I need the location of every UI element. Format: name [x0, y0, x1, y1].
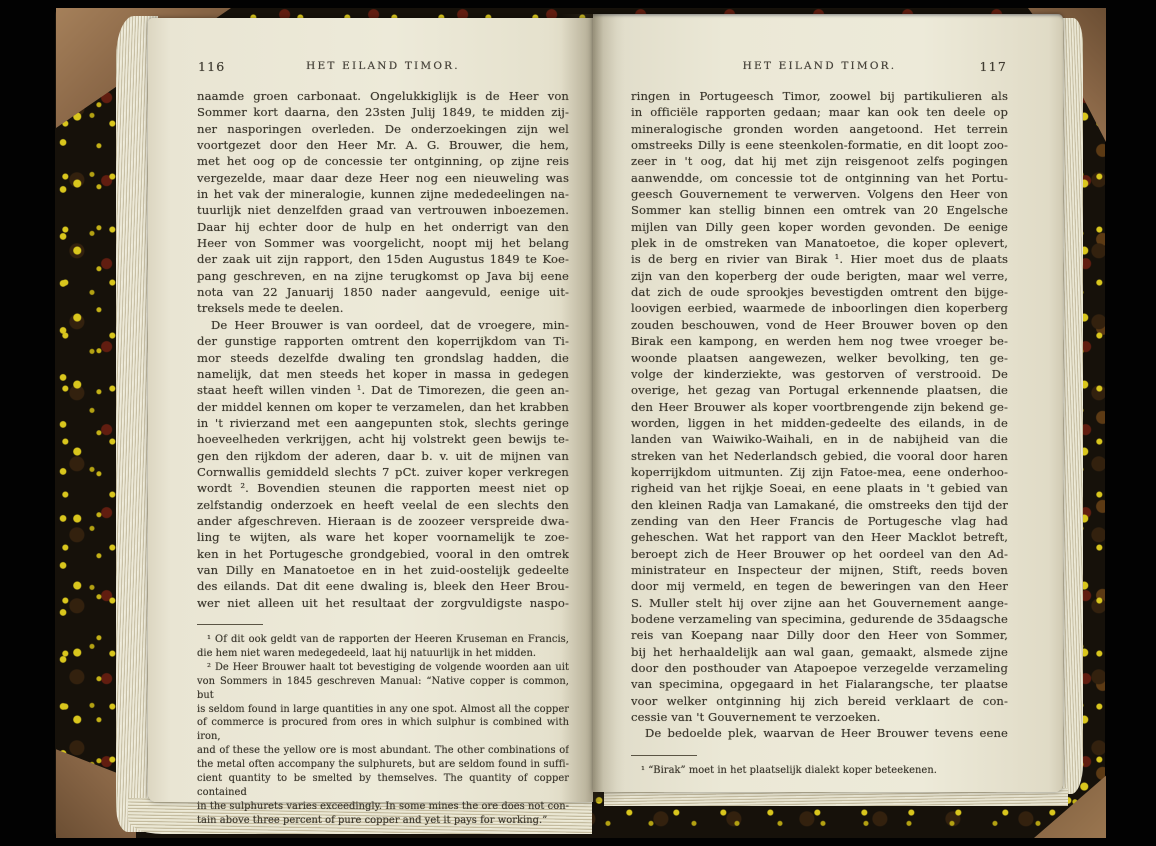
text-line: ling te wijten, als ware het koper voorn…: [197, 529, 569, 545]
text-line: worden, liggen in het midden-gedeelte de…: [631, 415, 1008, 431]
text-line: gen den rijkdom der aderen, daar b. v. u…: [197, 448, 569, 464]
text-line: der gunstige rapporten omtrent den koper…: [197, 333, 569, 349]
text-line: mineralogische gronden worden aangetoond…: [631, 121, 1008, 137]
text-line: den kleinen Radja van Lamakané, die omst…: [631, 497, 1008, 513]
page-number-right: 117: [980, 59, 1007, 74]
photo-background: 116 HET EILAND TIMOR. naamde groen carbo…: [0, 0, 1156, 846]
text-line: ringen in Portugeesch Timor, zoowel bij …: [631, 88, 1008, 104]
text-line: koperrijkdom uitmunten. Zij zijn Fatoe-m…: [631, 464, 1008, 480]
text-line: ² De Heer Brouwer haalt tot bevestiging …: [197, 661, 569, 675]
text-line: namelijk, dat men steeds het koper in ma…: [197, 366, 569, 382]
text-line: vergezelde, maar daar deze Heer nog een …: [197, 170, 569, 186]
text-line: des eilands. Dat dit eene dwaling is, bl…: [197, 578, 569, 594]
text-line: streken van het Nederlandsch gebied, die…: [631, 448, 1008, 464]
text-line: in the sulphurets varies exceedingly. In…: [197, 800, 569, 814]
text-line: plek in de omstreken van Manatoetoe, die…: [631, 235, 1008, 251]
text-line: hoeveelheden verkrijgen, acht hij volstr…: [197, 431, 569, 447]
text-line: is de berg en rivier van Birak ¹. Hier m…: [631, 251, 1008, 267]
text-line: loovigen eerbied, waarmede de inboorling…: [631, 300, 1008, 316]
text-line: van specimina, opgegaard in het Fialaran…: [631, 676, 1008, 692]
text-line: der zaak uit zijn rapport, den 15den Aug…: [197, 251, 569, 267]
page-right: HET EILAND TIMOR. 117 ringen in Portugee…: [593, 14, 1063, 792]
text-line: ¹ Of dit ook geldt van de rapporten der …: [197, 633, 569, 647]
text-line: den Heer Brouwer als koper voortbrengend…: [631, 399, 1008, 415]
text-line: zouden beschouwen, vond de Heer Brouwer …: [631, 317, 1008, 333]
page-left: 116 HET EILAND TIMOR. naamde groen carbo…: [148, 18, 593, 802]
text-line: staat heeft willen vinden ¹. Dat de Timo…: [197, 382, 569, 398]
text-line: in 't rivierzand met een aangepunten sto…: [197, 415, 569, 431]
text-line: volge der kinderziekte, was gestorven of…: [631, 366, 1008, 382]
text-line: woonde plaatsen aangewezen, welker bevol…: [631, 350, 1008, 366]
text-line: ministrateur en Inspecteur der mijnen, S…: [631, 562, 1008, 578]
text-line: De bedoelde plek, waarvan de Heer Brouwe…: [631, 725, 1008, 741]
text-line: dat zich de oude sprookjes bevestigden o…: [631, 284, 1008, 300]
text-line: cessie van 't Gouvernement te verzoeken.: [631, 709, 1008, 725]
text-line: ner nasporingen overleden. De onderzoeki…: [197, 121, 569, 137]
text-line: mijlen van Dilly geen koper worden gevon…: [631, 219, 1008, 235]
text-line: in het vak der mineralogie, kunnen zijne…: [197, 186, 569, 202]
text-line: Sommer kan stellig binnen een omtrek van…: [631, 202, 1008, 218]
text-line: ander afgeschreven. Hieraan is de zoozee…: [197, 513, 569, 529]
text-line: zeer in 't oog, dat hij met zijn reisgen…: [631, 153, 1008, 169]
text-line: S. Muller stelt hij over zijne aan het G…: [631, 595, 1008, 611]
text-line: De Heer Brouwer is van oordeel, dat de v…: [197, 317, 569, 333]
text-line: met het oog op de concessie ter ontginni…: [197, 153, 569, 169]
text-line: is seldom found in large quantities in a…: [197, 703, 569, 717]
text-line: Cornwallis gemiddeld slechts 7 pCt. zuiv…: [197, 464, 569, 480]
text-line: Heer von Sommer was voorgelicht, noopt m…: [197, 235, 569, 251]
footnote-rule-left: [197, 624, 263, 625]
page-left-header: 116 HET EILAND TIMOR.: [197, 60, 569, 77]
text-line: tain above three percent of pure copper …: [197, 814, 569, 828]
text-line: geheschen. Wat het rapport van den Heer …: [631, 529, 1008, 545]
text-line: geesch Gouvernement te verwerven. Volgen…: [631, 186, 1008, 202]
page-right-body: ringen in Portugeesch Timor, zoowel bij …: [631, 88, 1008, 742]
text-line: door mij vermeld, en tegen de beweringen…: [631, 578, 1008, 594]
text-line: overige, het gezag van Portugal erkennen…: [631, 382, 1008, 398]
text-line: zelfstandig onderzoek en heeft veelal de…: [197, 497, 569, 513]
text-line: cient quantity to be smelted by themselv…: [197, 772, 569, 800]
text-line: of commerce is procured from ores in whi…: [197, 716, 569, 744]
page-left-body: naamde groen carbonaat. Ongelukkiglijk i…: [197, 88, 569, 611]
text-line: ken in het Portugesche grondgebied, voor…: [197, 546, 569, 562]
text-line: Birak een kampong, en werden hem nog twe…: [631, 333, 1008, 349]
page-number-left: 116: [198, 59, 225, 74]
page-left-text: 116 HET EILAND TIMOR. naamde groen carbo…: [197, 60, 569, 828]
page-left-footnotes: ¹ Of dit ook geldt van de rapporten der …: [197, 633, 569, 828]
text-line: mor steeds dezelfde dwaling ten grondsla…: [197, 350, 569, 366]
page-right-footnotes: ¹ “Birak” moet in het plaatselijk dialek…: [631, 764, 1008, 778]
text-line: landen van Waiwiko-Waihali, en in de nab…: [631, 431, 1008, 447]
text-line: die hem niet waren medegedeeld, laat hij…: [197, 647, 569, 661]
text-line: beroept zich de Heer Brouwer op het oord…: [631, 546, 1008, 562]
text-line: righeid van het rijkje Soeai, en eene pl…: [631, 480, 1008, 496]
text-line: van Dilly en Manatoetoe en in het zuid-o…: [197, 562, 569, 578]
text-line: naamde groen carbonaat. Ongelukkiglijk i…: [197, 88, 569, 104]
text-line: zending van den Heer Francis de Portuges…: [631, 513, 1008, 529]
text-line: voor welker ontginning hij zich bereid v…: [631, 693, 1008, 709]
page-right-text: HET EILAND TIMOR. 117 ringen in Portugee…: [631, 60, 1008, 778]
running-header-right: HET EILAND TIMOR.: [631, 60, 1008, 72]
text-line: voortgezet door den Heer Mr. A. G. Brouw…: [197, 137, 569, 153]
text-line: bodene verzameling van specimina, gedure…: [631, 611, 1008, 627]
text-line: door den posthouder van Atapoepoe verzeg…: [631, 660, 1008, 676]
text-line: tuurlijk niet denzelfden graad van vertr…: [197, 202, 569, 218]
page-right-header: HET EILAND TIMOR. 117: [631, 60, 1008, 77]
text-line: omstreeks Dilly is eene steenkolen-forma…: [631, 137, 1008, 153]
text-line: wer niet alleen uit het resultaat der zo…: [197, 595, 569, 611]
text-line: Sommer kort daarna, den 23sten Julij 184…: [197, 104, 569, 120]
text-line: reis van Koepang naar Dilly door den Hee…: [631, 627, 1008, 643]
text-line: treksels mede te deelen.: [197, 300, 569, 316]
text-line: von Sommers in 1845 geschreven Manual: “…: [197, 675, 569, 703]
text-line: in officiële rapporten gedaan; maar kan …: [631, 104, 1008, 120]
text-line: bij het herhaaldelijk aan wal gaan, gema…: [631, 644, 1008, 660]
text-line: der middel kennen om koper te verzamelen…: [197, 399, 569, 415]
text-line: and of these the yellow ore is most abun…: [197, 744, 569, 758]
text-line: wordt ². Bovendien steunen die rapporten…: [197, 480, 569, 496]
text-line: aanwendde, om concessie tot de ontginnin…: [631, 170, 1008, 186]
text-line: nota van 22 Januarij 1850 nader aangevul…: [197, 284, 569, 300]
text-line: the metal often accompany the sulphurets…: [197, 758, 569, 772]
footnote-rule-right: [631, 755, 697, 756]
text-line: pang geschreven, en na zijne terugkomst …: [197, 268, 569, 284]
running-header-left: HET EILAND TIMOR.: [197, 60, 569, 72]
text-line: zijn van den koperberg der oude berigten…: [631, 268, 1008, 284]
text-line: Daar hij echter door de hulp en het onde…: [197, 219, 569, 235]
text-line: ¹ “Birak” moet in het plaatselijk dialek…: [631, 764, 1008, 778]
